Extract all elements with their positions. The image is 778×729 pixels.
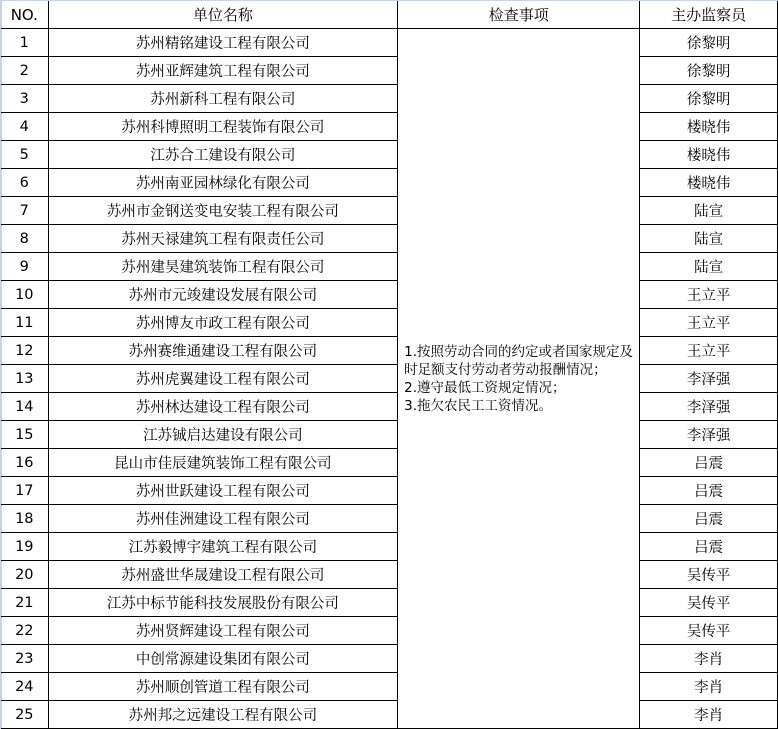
inspection-item-text: 1.按照劳动合同的约定或者国家规定及时足额支付劳动者劳动报酬情况；: [404, 343, 635, 379]
header-company-name[interactable]: 单位名称: [48, 1, 398, 29]
header-row: NO. 单位名称 检查事项 主办监察员: [1, 1, 778, 29]
cell-no[interactable]: 21: [1, 589, 48, 617]
table-row: 14苏州林达建设工程有限公司李泽强: [1, 393, 778, 421]
table-row: 9苏州建昊建筑装饰工程有限公司陆宣: [1, 253, 778, 281]
cell-no[interactable]: 17: [1, 477, 48, 505]
table-row: 25苏州邦之远建设工程有限公司李肖: [1, 701, 778, 729]
table-row: 5江苏合工建设有限公司楼晓伟: [1, 141, 778, 169]
header-inspector[interactable]: 主办监察员: [640, 1, 778, 29]
inspection-item-text: 3.拖欠农民工工资情况。: [404, 397, 635, 415]
cell-inspector[interactable]: 李泽强: [640, 365, 778, 393]
table-row: 21江苏中标节能科技发展股份有限公司吴传平: [1, 589, 778, 617]
table-row: 22苏州贤辉建设工程有限公司吴传平: [1, 617, 778, 645]
table-row: 10苏州市元竣建设发展有限公司王立平: [1, 281, 778, 309]
cell-inspector[interactable]: 李肖: [640, 673, 778, 701]
cell-no[interactable]: 25: [1, 701, 48, 729]
cell-company-name[interactable]: 苏州科博照明工程装饰有限公司: [48, 113, 398, 141]
cell-inspector[interactable]: 王立平: [640, 309, 778, 337]
cell-no[interactable]: 9: [1, 253, 48, 281]
cell-inspector[interactable]: 楼晓伟: [640, 169, 778, 197]
table-row: 6苏州南亚园林绿化有限公司楼晓伟: [1, 169, 778, 197]
table-row: 4苏州科博照明工程装饰有限公司楼晓伟: [1, 113, 778, 141]
table-row: 2苏州亚辉建筑工程有限公司徐黎明: [1, 57, 778, 85]
cell-no[interactable]: 7: [1, 197, 48, 225]
cell-company-name[interactable]: 苏州亚辉建筑工程有限公司: [48, 57, 398, 85]
cell-no[interactable]: 14: [1, 393, 48, 421]
cell-company-name[interactable]: 苏州虎翼建设工程有限公司: [48, 365, 398, 393]
table-row: 18苏州佳洲建设工程有限公司吕震: [1, 505, 778, 533]
table-row: 11苏州博友市政工程有限公司王立平: [1, 309, 778, 337]
cell-inspector[interactable]: 徐黎明: [640, 57, 778, 85]
cell-no[interactable]: 15: [1, 421, 48, 449]
inspection-item-text: 2.遵守最低工资规定情况；: [404, 379, 635, 397]
cell-inspector[interactable]: 楼晓伟: [640, 113, 778, 141]
table-row: 13苏州虎翼建设工程有限公司李泽强: [1, 365, 778, 393]
cell-inspector[interactable]: 李肖: [640, 701, 778, 729]
table-row: 8苏州天禄建筑工程有限责任公司陆宣: [1, 225, 778, 253]
cell-company-name[interactable]: 苏州邦之远建设工程有限公司: [48, 701, 398, 729]
cell-company-name[interactable]: 江苏毅博宇建筑工程有限公司: [48, 533, 398, 561]
cell-company-name[interactable]: 苏州顺创管道工程有限公司: [48, 673, 398, 701]
cell-no[interactable]: 1: [1, 29, 48, 57]
table-row: 24苏州顺创管道工程有限公司李肖: [1, 673, 778, 701]
cell-company-name[interactable]: 苏州建昊建筑装饰工程有限公司: [48, 253, 398, 281]
cell-company-name[interactable]: 苏州天禄建筑工程有限责任公司: [48, 225, 398, 253]
cell-inspector[interactable]: 李肖: [640, 645, 778, 673]
cell-inspector[interactable]: 陆宣: [640, 225, 778, 253]
cell-company-name[interactable]: 苏州贤辉建设工程有限公司: [48, 617, 398, 645]
cell-no[interactable]: 20: [1, 561, 48, 589]
cell-no[interactable]: 3: [1, 85, 48, 113]
cell-company-name[interactable]: 苏州市金钢送变电安装工程有限公司: [48, 197, 398, 225]
cell-no[interactable]: 22: [1, 617, 48, 645]
cell-no[interactable]: 6: [1, 169, 48, 197]
table-row: 7苏州市金钢送变电安装工程有限公司陆宣: [1, 197, 778, 225]
cell-inspector[interactable]: 吕震: [640, 533, 778, 561]
header-no[interactable]: NO.: [1, 1, 48, 29]
header-inspection-items[interactable]: 检查事项: [398, 1, 640, 29]
cell-company-name[interactable]: 苏州博友市政工程有限公司: [48, 309, 398, 337]
table-row: 23中创常源建设集团有限公司李肖: [1, 645, 778, 673]
cell-inspector[interactable]: 王立平: [640, 281, 778, 309]
table-row: 3苏州新科工程有限公司徐黎明: [1, 85, 778, 113]
table-row: 1苏州精铭建设工程有限公司1.按照劳动合同的约定或者国家规定及时足额支付劳动者劳…: [1, 29, 778, 57]
cell-inspector[interactable]: 吴传平: [640, 561, 778, 589]
cell-no[interactable]: 19: [1, 533, 48, 561]
cell-company-name[interactable]: 苏州新科工程有限公司: [48, 85, 398, 113]
cell-inspector[interactable]: 陆宣: [640, 253, 778, 281]
cell-inspector[interactable]: 李泽强: [640, 421, 778, 449]
cell-inspector[interactable]: 吴传平: [640, 589, 778, 617]
cell-company-name[interactable]: 苏州佳洲建设工程有限公司: [48, 505, 398, 533]
table-row: 12苏州赛维通建设工程有限公司王立平: [1, 337, 778, 365]
table-row: 20苏州盛世华晟建设工程有限公司吴传平: [1, 561, 778, 589]
table-row: 17苏州世跃建设工程有限公司吕震: [1, 477, 778, 505]
cell-no[interactable]: 2: [1, 57, 48, 85]
cell-no[interactable]: 23: [1, 645, 48, 673]
cell-inspector[interactable]: 陆宣: [640, 197, 778, 225]
cell-company-name[interactable]: 苏州赛维通建设工程有限公司: [48, 337, 398, 365]
cell-inspector[interactable]: 王立平: [640, 337, 778, 365]
table-row: 16昆山市佳辰建筑装饰工程有限公司吕震: [1, 449, 778, 477]
cell-no[interactable]: 24: [1, 673, 48, 701]
cell-company-name[interactable]: 苏州世跃建设工程有限公司: [48, 477, 398, 505]
cell-company-name[interactable]: 江苏合工建设有限公司: [48, 141, 398, 169]
table-row: 15江苏铖启达建设有限公司李泽强: [1, 421, 778, 449]
cell-company-name[interactable]: 苏州林达建设工程有限公司: [48, 393, 398, 421]
cell-company-name[interactable]: 江苏中标节能科技发展股份有限公司: [48, 589, 398, 617]
cell-no[interactable]: 4: [1, 113, 48, 141]
cell-company-name[interactable]: 苏州盛世华晟建设工程有限公司: [48, 561, 398, 589]
cell-no[interactable]: 5: [1, 141, 48, 169]
cell-inspector[interactable]: 李泽强: [640, 393, 778, 421]
cell-company-name[interactable]: 江苏铖启达建设有限公司: [48, 421, 398, 449]
cell-no[interactable]: 10: [1, 281, 48, 309]
table-row: 19江苏毅博宇建筑工程有限公司吕震: [1, 533, 778, 561]
cell-no[interactable]: 18: [1, 505, 48, 533]
cell-inspector[interactable]: 吕震: [640, 505, 778, 533]
cell-inspector[interactable]: 吴传平: [640, 617, 778, 645]
cell-no[interactable]: 8: [1, 225, 48, 253]
cell-company-name[interactable]: 苏州南亚园林绿化有限公司: [48, 169, 398, 197]
cell-inspector[interactable]: 徐黎明: [640, 85, 778, 113]
cell-no[interactable]: 13: [1, 365, 48, 393]
cell-no[interactable]: 16: [1, 449, 48, 477]
cell-no[interactable]: 12: [1, 337, 48, 365]
cell-inspection-items[interactable]: 1.按照劳动合同的约定或者国家规定及时足额支付劳动者劳动报酬情况；2.遵守最低工…: [398, 29, 640, 729]
cell-no[interactable]: 11: [1, 309, 48, 337]
cell-inspector[interactable]: 吕震: [640, 477, 778, 505]
cell-company-name[interactable]: 苏州市元竣建设发展有限公司: [48, 281, 398, 309]
cell-company-name[interactable]: 苏州精铭建设工程有限公司: [48, 29, 398, 57]
inspection-table: NO. 单位名称 检查事项 主办监察员 1苏州精铭建设工程有限公司1.按照劳动合…: [1, 1, 778, 729]
cell-inspector[interactable]: 楼晓伟: [640, 141, 778, 169]
cell-inspector[interactable]: 吕震: [640, 449, 778, 477]
cell-company-name[interactable]: 昆山市佳辰建筑装饰工程有限公司: [48, 449, 398, 477]
cell-company-name[interactable]: 中创常源建设集团有限公司: [48, 645, 398, 673]
cell-inspector[interactable]: 徐黎明: [640, 29, 778, 57]
